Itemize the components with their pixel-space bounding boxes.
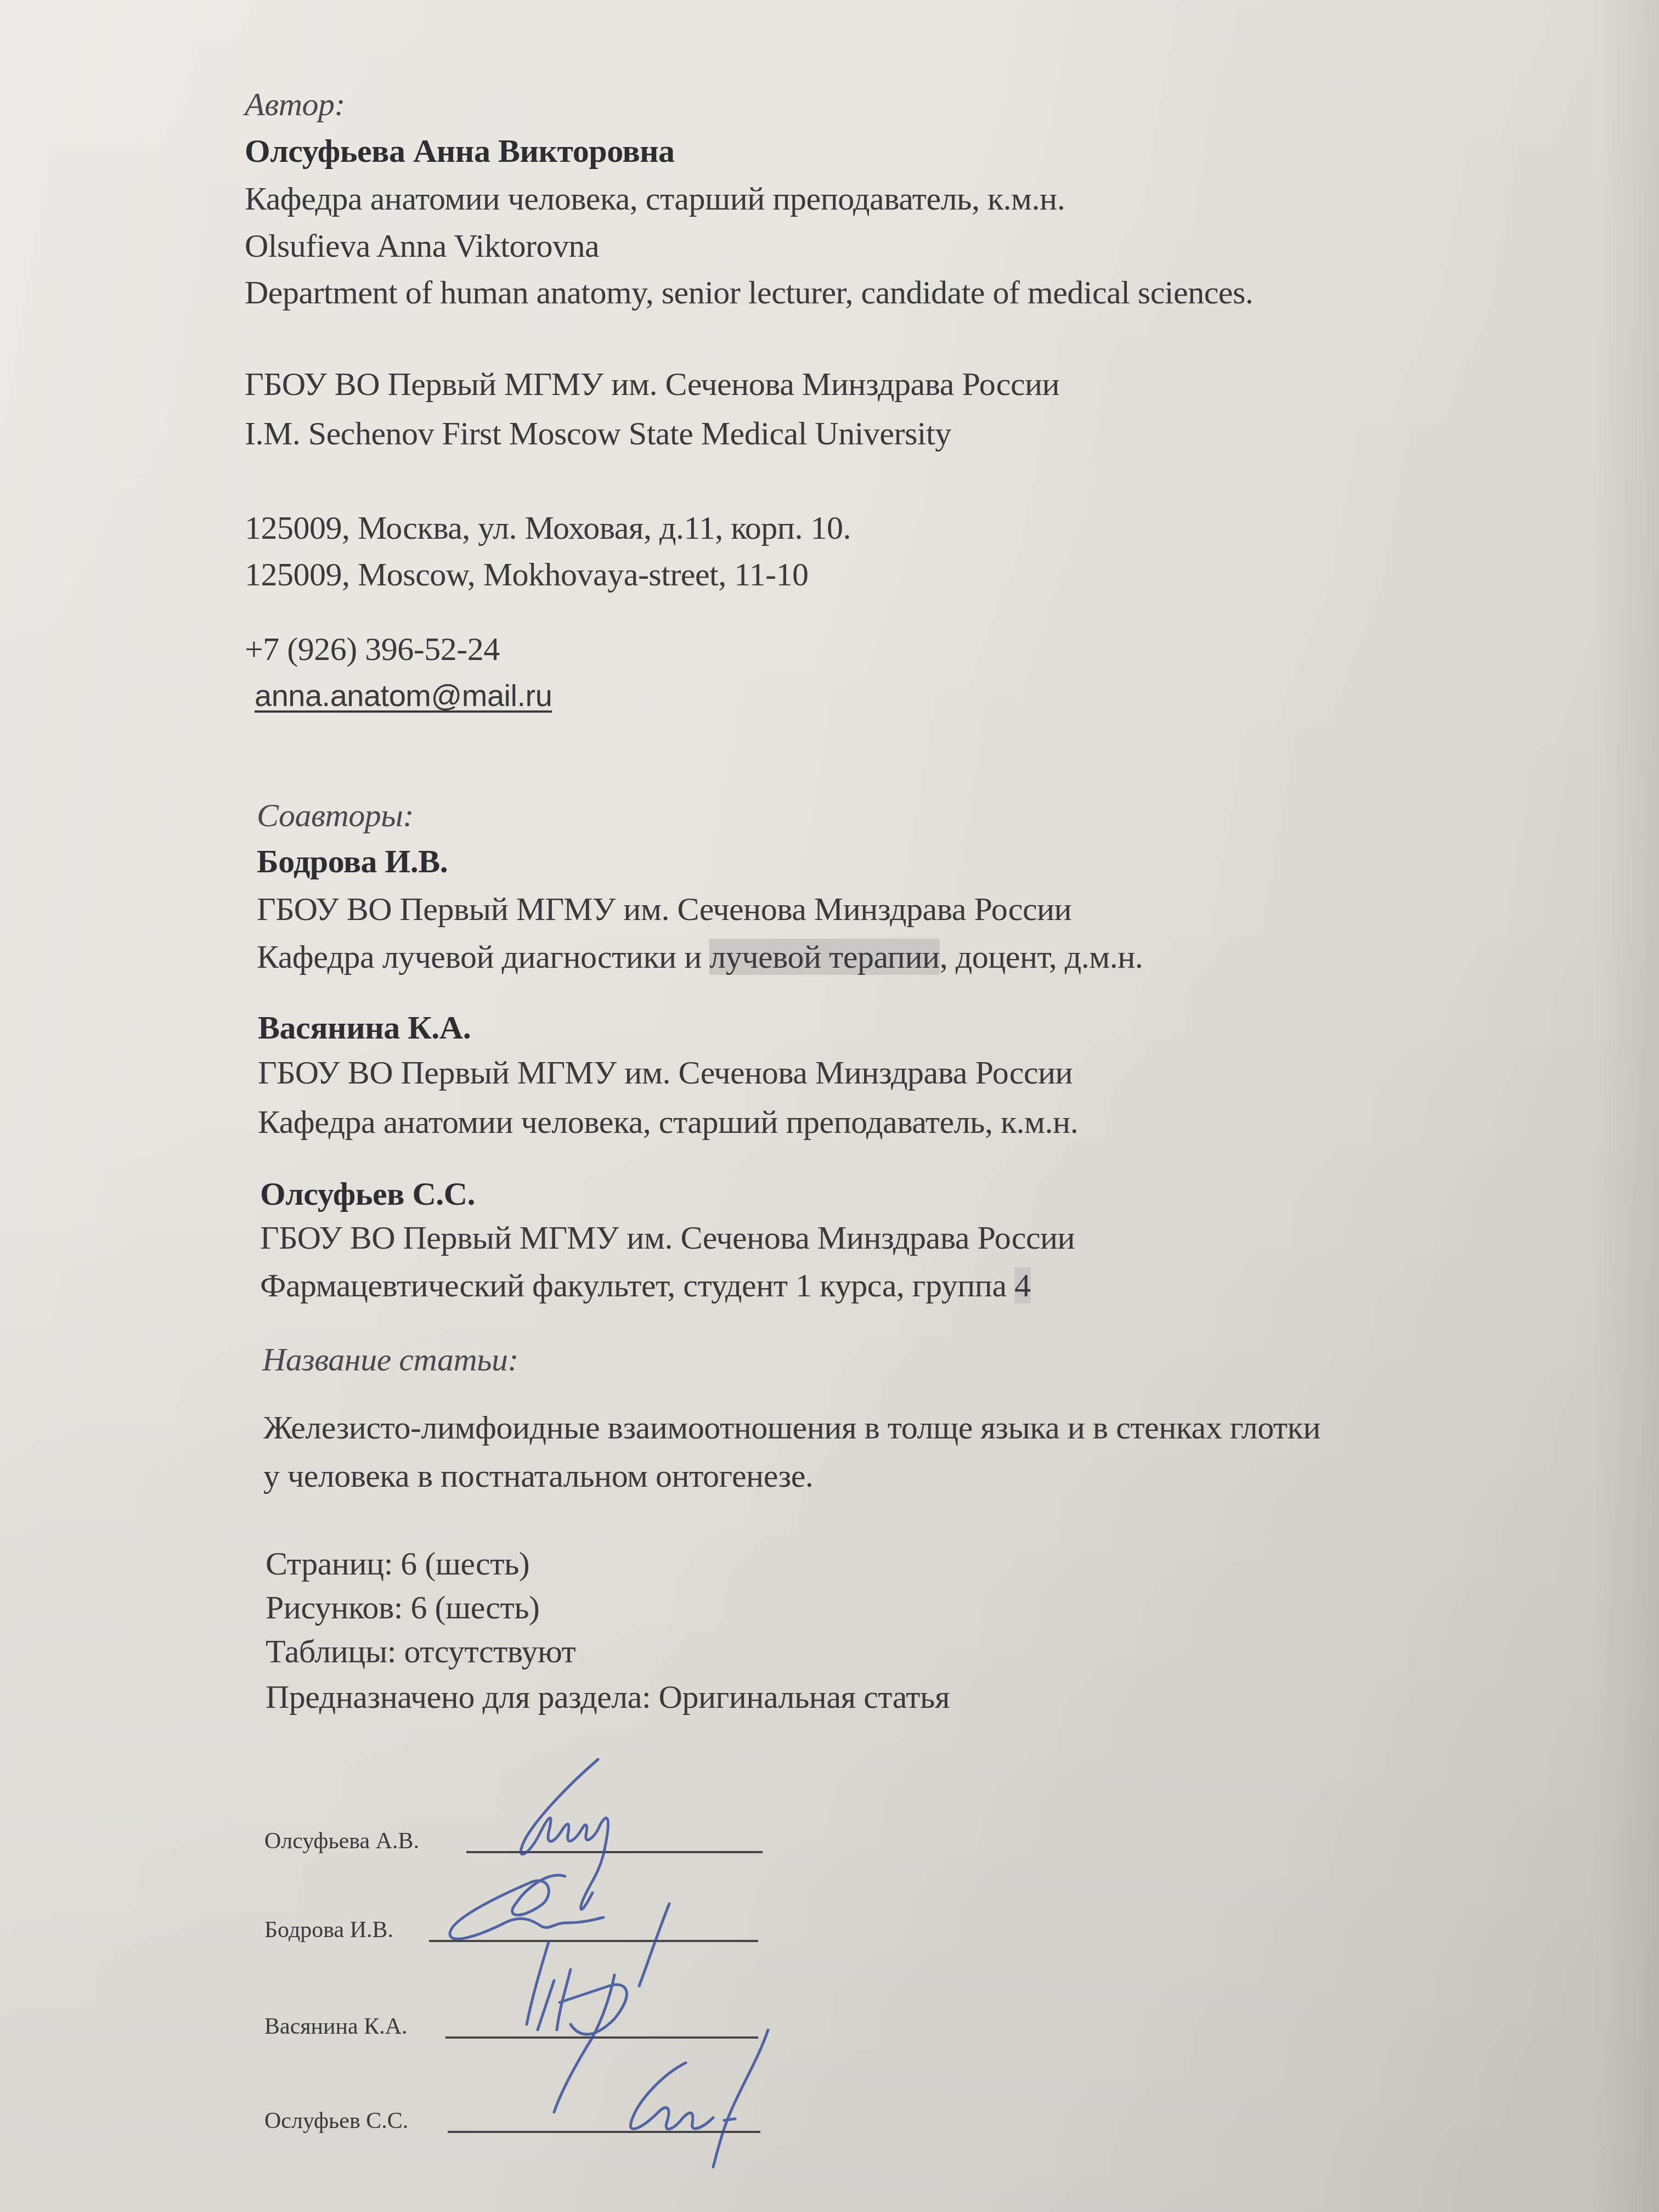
handwritten-signatures <box>0 0 1659 2212</box>
